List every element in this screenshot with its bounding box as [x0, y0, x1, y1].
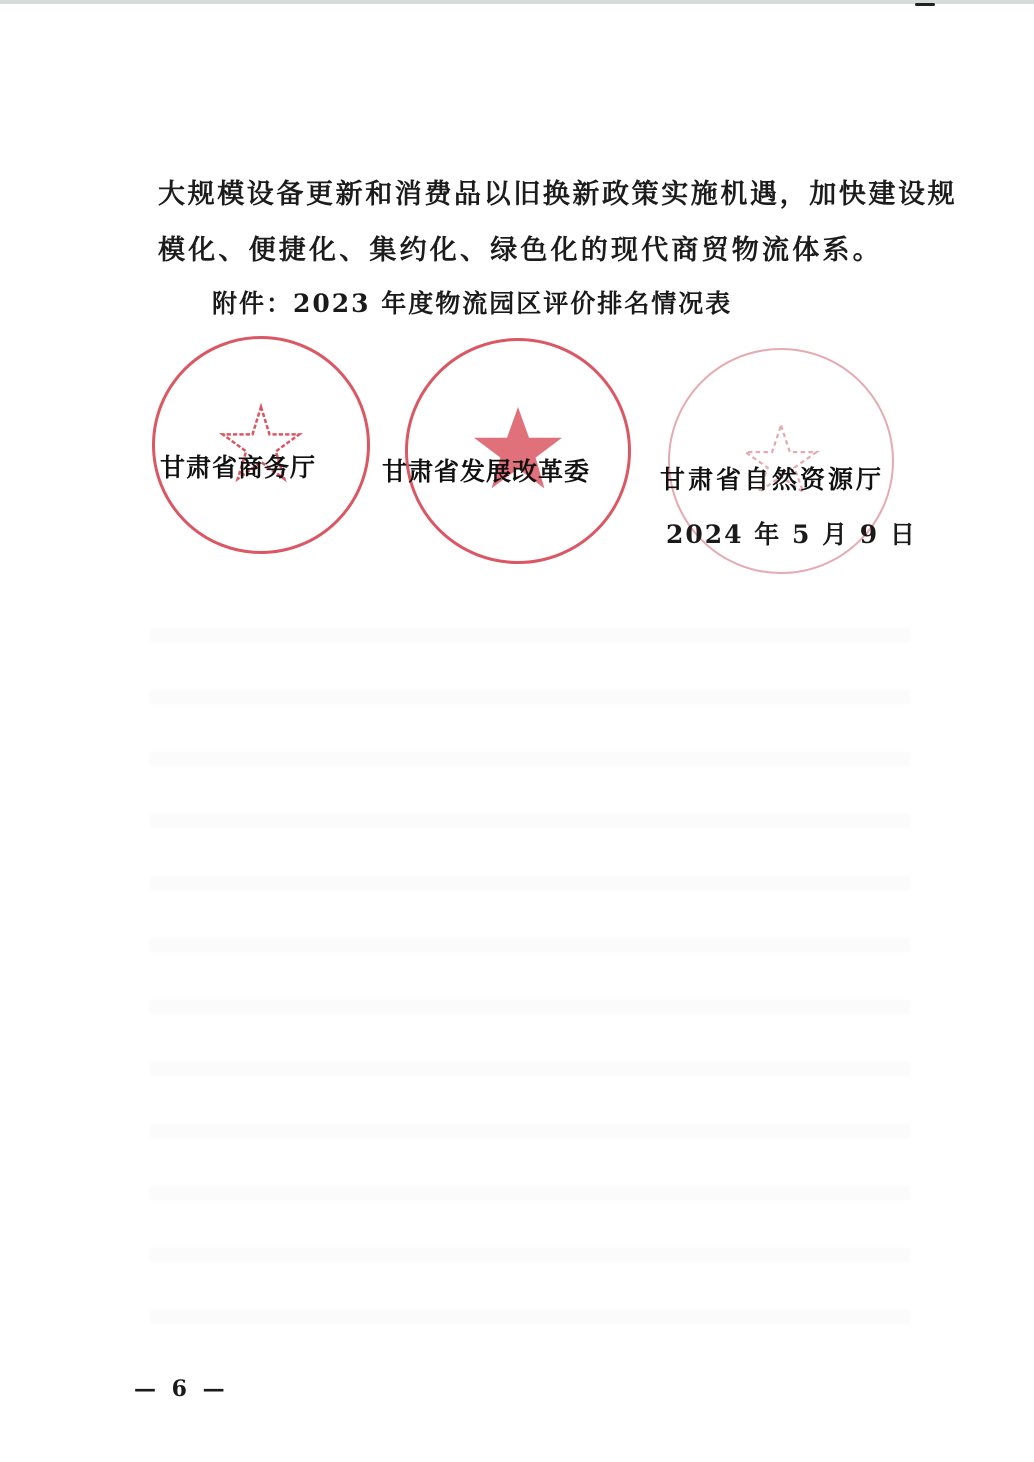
- official-seal-ndrc: [405, 338, 631, 564]
- document-page: 大规模设备更新和消费品以旧换新政策实施机遇，加快建设规 模化、便捷化、集约化、绿…: [0, 0, 1034, 1462]
- signatory-commerce: 甘肃省商务厅: [160, 448, 316, 484]
- official-seal-commerce: [152, 336, 370, 554]
- star-icon: [155, 339, 367, 551]
- bleed-through-texture: [150, 590, 910, 1330]
- star-icon: [408, 341, 628, 561]
- issue-date: 2024 年 5 月 9 日: [666, 515, 917, 551]
- page-number: — 6 —: [134, 1376, 229, 1402]
- signatory-natural-resources: 甘肃省自然资源厅: [660, 460, 884, 496]
- body-text-line: 大规模设备更新和消费品以旧换新政策实施机遇，加快建设规: [158, 172, 957, 211]
- signatory-ndrc: 甘肃省发展改革委: [382, 452, 590, 488]
- body-text-line: 模化、便捷化、集约化、绿色化的现代商贸物流体系。: [158, 228, 883, 267]
- attachment-note: 附件：2023 年度物流园区评价排名情况表: [212, 284, 732, 320]
